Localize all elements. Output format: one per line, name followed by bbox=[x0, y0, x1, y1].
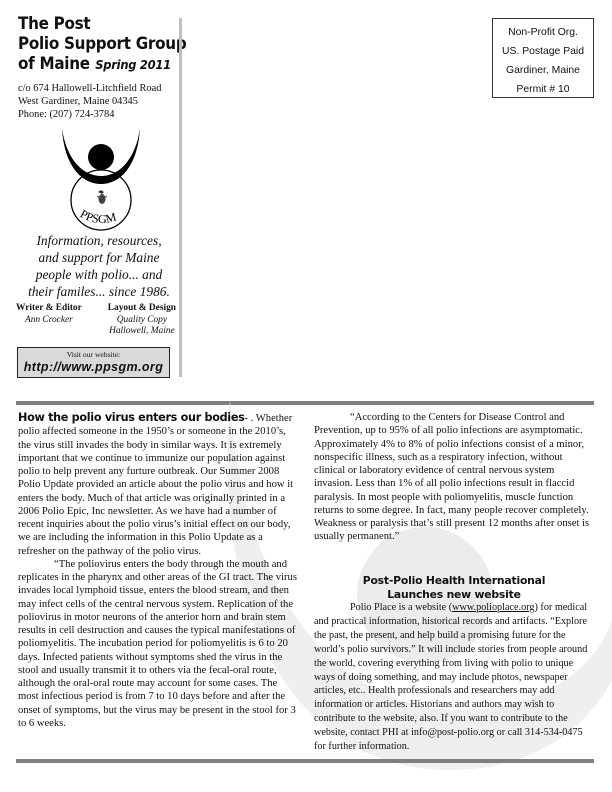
title-line-2: Polio Support Group bbox=[18, 34, 186, 54]
article-continued: “According to the Centers for Disease Co… bbox=[314, 411, 594, 544]
article-polio-virus: How the polio virus enters our bodies- .… bbox=[18, 411, 300, 730]
issue-season: Spring 2011 bbox=[95, 57, 171, 72]
mailing-address: c/o 674 Hallowell-Litchfield Road West G… bbox=[18, 82, 161, 121]
article2-headline: Post-Polio Health International Launches… bbox=[314, 574, 594, 601]
postage-indicia: Non-Profit Org. US. Postage Paid Gardine… bbox=[492, 18, 594, 98]
postage-line-2: US. Postage Paid bbox=[493, 42, 593, 61]
layout-name-2: Hallowell, Maine bbox=[108, 326, 176, 338]
writer-role: Writer & Editor bbox=[16, 303, 82, 315]
article-headline: How the polio virus enters our bodies bbox=[18, 411, 245, 424]
newsletter-title: The Post Polio Support Group of MaineSpr… bbox=[18, 14, 186, 75]
article2-headline-line-1: Post-Polio Health International bbox=[314, 574, 594, 588]
article2-body-prefix: Polio Place is a website ( bbox=[350, 602, 452, 613]
bottom-divider bbox=[16, 759, 594, 763]
postage-line-3: Gardiner, Maine bbox=[493, 61, 593, 80]
article-intro: - . Whether polio affected someone in th… bbox=[18, 413, 293, 557]
postage-line-1: Non-Profit Org. bbox=[493, 23, 593, 42]
ppsgm-logo-icon: PPSGM bbox=[58, 128, 144, 232]
vertical-divider bbox=[179, 18, 182, 377]
postage-line-4: Permit # 10 bbox=[493, 80, 593, 99]
writer-name: Ann Crocker bbox=[16, 315, 82, 327]
address-line-2: West Gardiner, Maine 04345 bbox=[18, 95, 161, 108]
tagline-line-1: Information, resources, bbox=[14, 232, 184, 249]
website-box: Visit our website: http://www.ppsgm.org bbox=[17, 347, 170, 378]
title-line-1: The Post bbox=[18, 14, 186, 34]
polioplace-link[interactable]: www.polioplace.org bbox=[452, 602, 534, 613]
tagline-line-2: and support for Maine bbox=[14, 249, 184, 266]
article-quote-paragraph: “The poliovirus enters the body through … bbox=[18, 558, 300, 730]
writer-credit: Writer & Editor Ann Crocker bbox=[16, 303, 82, 338]
layout-role: Layout & Design bbox=[108, 303, 176, 315]
layout-credit: Layout & Design Quality Copy Hallowell, … bbox=[108, 303, 176, 338]
article-cdc-paragraph: “According to the Centers for Disease Co… bbox=[314, 411, 594, 544]
website-link[interactable]: http://www.ppsgm.org bbox=[18, 360, 169, 374]
tagline: Information, resources, and support for … bbox=[14, 232, 184, 300]
article2-headline-line-2: Launches new website bbox=[314, 588, 594, 602]
svg-text:PPSGM: PPSGM bbox=[78, 207, 118, 226]
article2-body-suffix: ) for medical and practical information,… bbox=[314, 602, 587, 752]
credits: Writer & Editor Ann Crocker Layout & Des… bbox=[16, 303, 176, 338]
layout-name-1: Quality Copy bbox=[108, 315, 176, 327]
tagline-line-4: their familes... since 1986. bbox=[14, 283, 184, 300]
article-polio-place: Polio Place is a website (www.polioplace… bbox=[314, 601, 594, 754]
tagline-line-3: people with polio... and bbox=[14, 266, 184, 283]
website-label: Visit our website: bbox=[18, 350, 169, 360]
title-line-3: of Maine bbox=[18, 54, 90, 73]
address-line-1: c/o 674 Hallowell-Litchfield Road bbox=[18, 82, 161, 95]
phone-number: Phone: (207) 724-3784 bbox=[18, 108, 161, 121]
